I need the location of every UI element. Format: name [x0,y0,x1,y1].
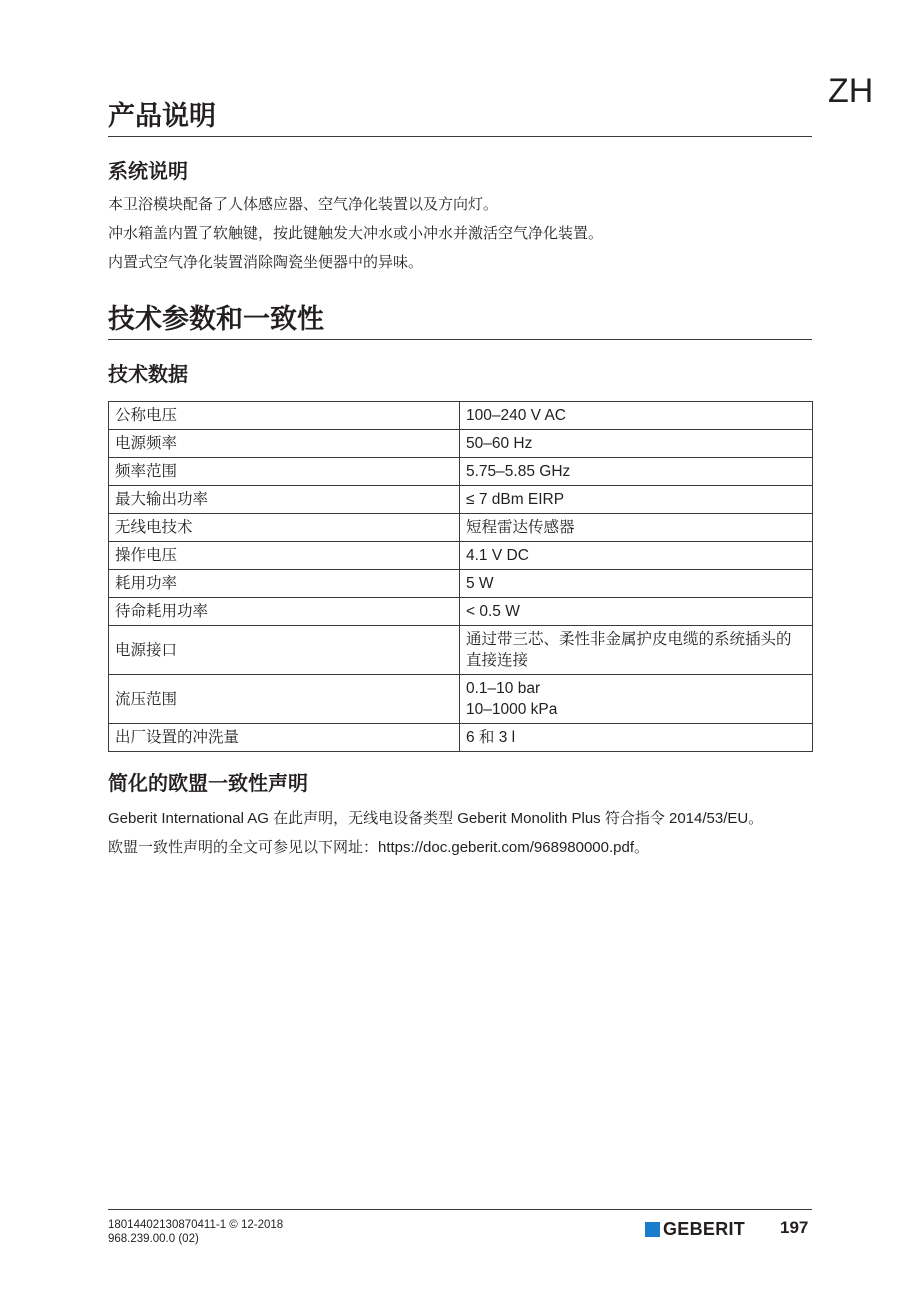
spec-key: 最大输出功率 [109,486,460,514]
logo-text: GEBERIT [663,1219,745,1240]
eu-declaration-text: Geberit International AG 在此声明，无线电设备类型 Ge… [108,807,812,865]
geberit-logo: GEBERIT [645,1219,745,1240]
technical-data-table: 公称电压 100–240 V AC 电源频率 50–60 Hz 频率范围 5.7… [108,401,813,752]
doc-number: 18014402130870411-1 © 12-2018 [108,1218,283,1232]
footer-divider [108,1209,812,1210]
table-row: 待命耗用功率 < 0.5 W [109,598,813,626]
table-row: 频率范围 5.75–5.85 GHz [109,458,813,486]
language-code: ZH [828,72,873,111]
table-row: 公称电压 100–240 V AC [109,402,813,430]
spec-key: 待命耗用功率 [109,598,460,626]
paragraph: Geberit International AG 在此声明，无线电设备类型 Ge… [108,807,812,830]
paragraph: 本卫浴模块配备了人体感应器、空气净化装置以及方向灯。 [108,193,812,216]
spec-value: 6 和 3 l [460,724,813,752]
spec-key: 操作电压 [109,542,460,570]
table-row: 耗用功率 5 W [109,570,813,598]
section-title-product-description: 产品说明 [108,100,812,137]
subsection-title-eu-declaration: 简化的欧盟一致性声明 [108,771,308,797]
spec-value: ≤ 7 dBm EIRP [460,486,813,514]
footer-doc-info: 18014402130870411-1 © 12-2018 968.239.00… [108,1218,283,1246]
table-row: 电源频率 50–60 Hz [109,430,813,458]
spec-key: 耗用功率 [109,570,460,598]
spec-value: 通过带三芯、柔性非金属护皮电缆的系统插头的直接连接 [460,626,813,675]
spec-value: < 0.5 W [460,598,813,626]
subsection-title-system-description: 系统说明 [108,159,188,185]
spec-key: 电源接口 [109,626,460,675]
page-number: 197 [780,1218,808,1238]
spec-value: 100–240 V AC [460,402,813,430]
system-description-text: 本卫浴模块配备了人体感应器、空气净化装置以及方向灯。 冲水箱盖内置了软触键，按此… [108,193,812,280]
paragraph: 冲水箱盖内置了软触键，按此键触发大冲水或小冲水并激活空气净化装置。 [108,222,812,245]
spec-key: 频率范围 [109,458,460,486]
table-row: 操作电压 4.1 V DC [109,542,813,570]
subsection-title-technical-data: 技术数据 [108,362,188,388]
table-row: 无线电技术 短程雷达传感器 [109,514,813,542]
paragraph: 内置式空气净化装置消除陶瓷坐便器中的异味。 [108,251,812,274]
table-row: 出厂设置的冲洗量 6 和 3 l [109,724,813,752]
item-number: 968.239.00.0 (02) [108,1232,283,1246]
spec-value: 50–60 Hz [460,430,813,458]
spec-key: 流压范围 [109,675,460,724]
logo-square-icon [645,1222,660,1237]
table-row: 电源接口 通过带三芯、柔性非金属护皮电缆的系统插头的直接连接 [109,626,813,675]
spec-key: 出厂设置的冲洗量 [109,724,460,752]
spec-value: 5.75–5.85 GHz [460,458,813,486]
spec-value: 短程雷达传感器 [460,514,813,542]
spec-value-line: 10–1000 kPa [466,699,806,720]
spec-key: 电源频率 [109,430,460,458]
table-row: 流压范围 0.1–10 bar 10–1000 kPa [109,675,813,724]
spec-key: 无线电技术 [109,514,460,542]
spec-value: 5 W [460,570,813,598]
section-title-technical-specs: 技术参数和一致性 [108,303,812,340]
spec-value: 4.1 V DC [460,542,813,570]
spec-key: 公称电压 [109,402,460,430]
spec-value-multiline: 0.1–10 bar 10–1000 kPa [460,675,813,724]
spec-value-line: 0.1–10 bar [466,678,806,699]
table-row: 最大输出功率 ≤ 7 dBm EIRP [109,486,813,514]
paragraph: 欧盟一致性声明的全文可参见以下网址：https://doc.geberit.co… [108,836,812,859]
